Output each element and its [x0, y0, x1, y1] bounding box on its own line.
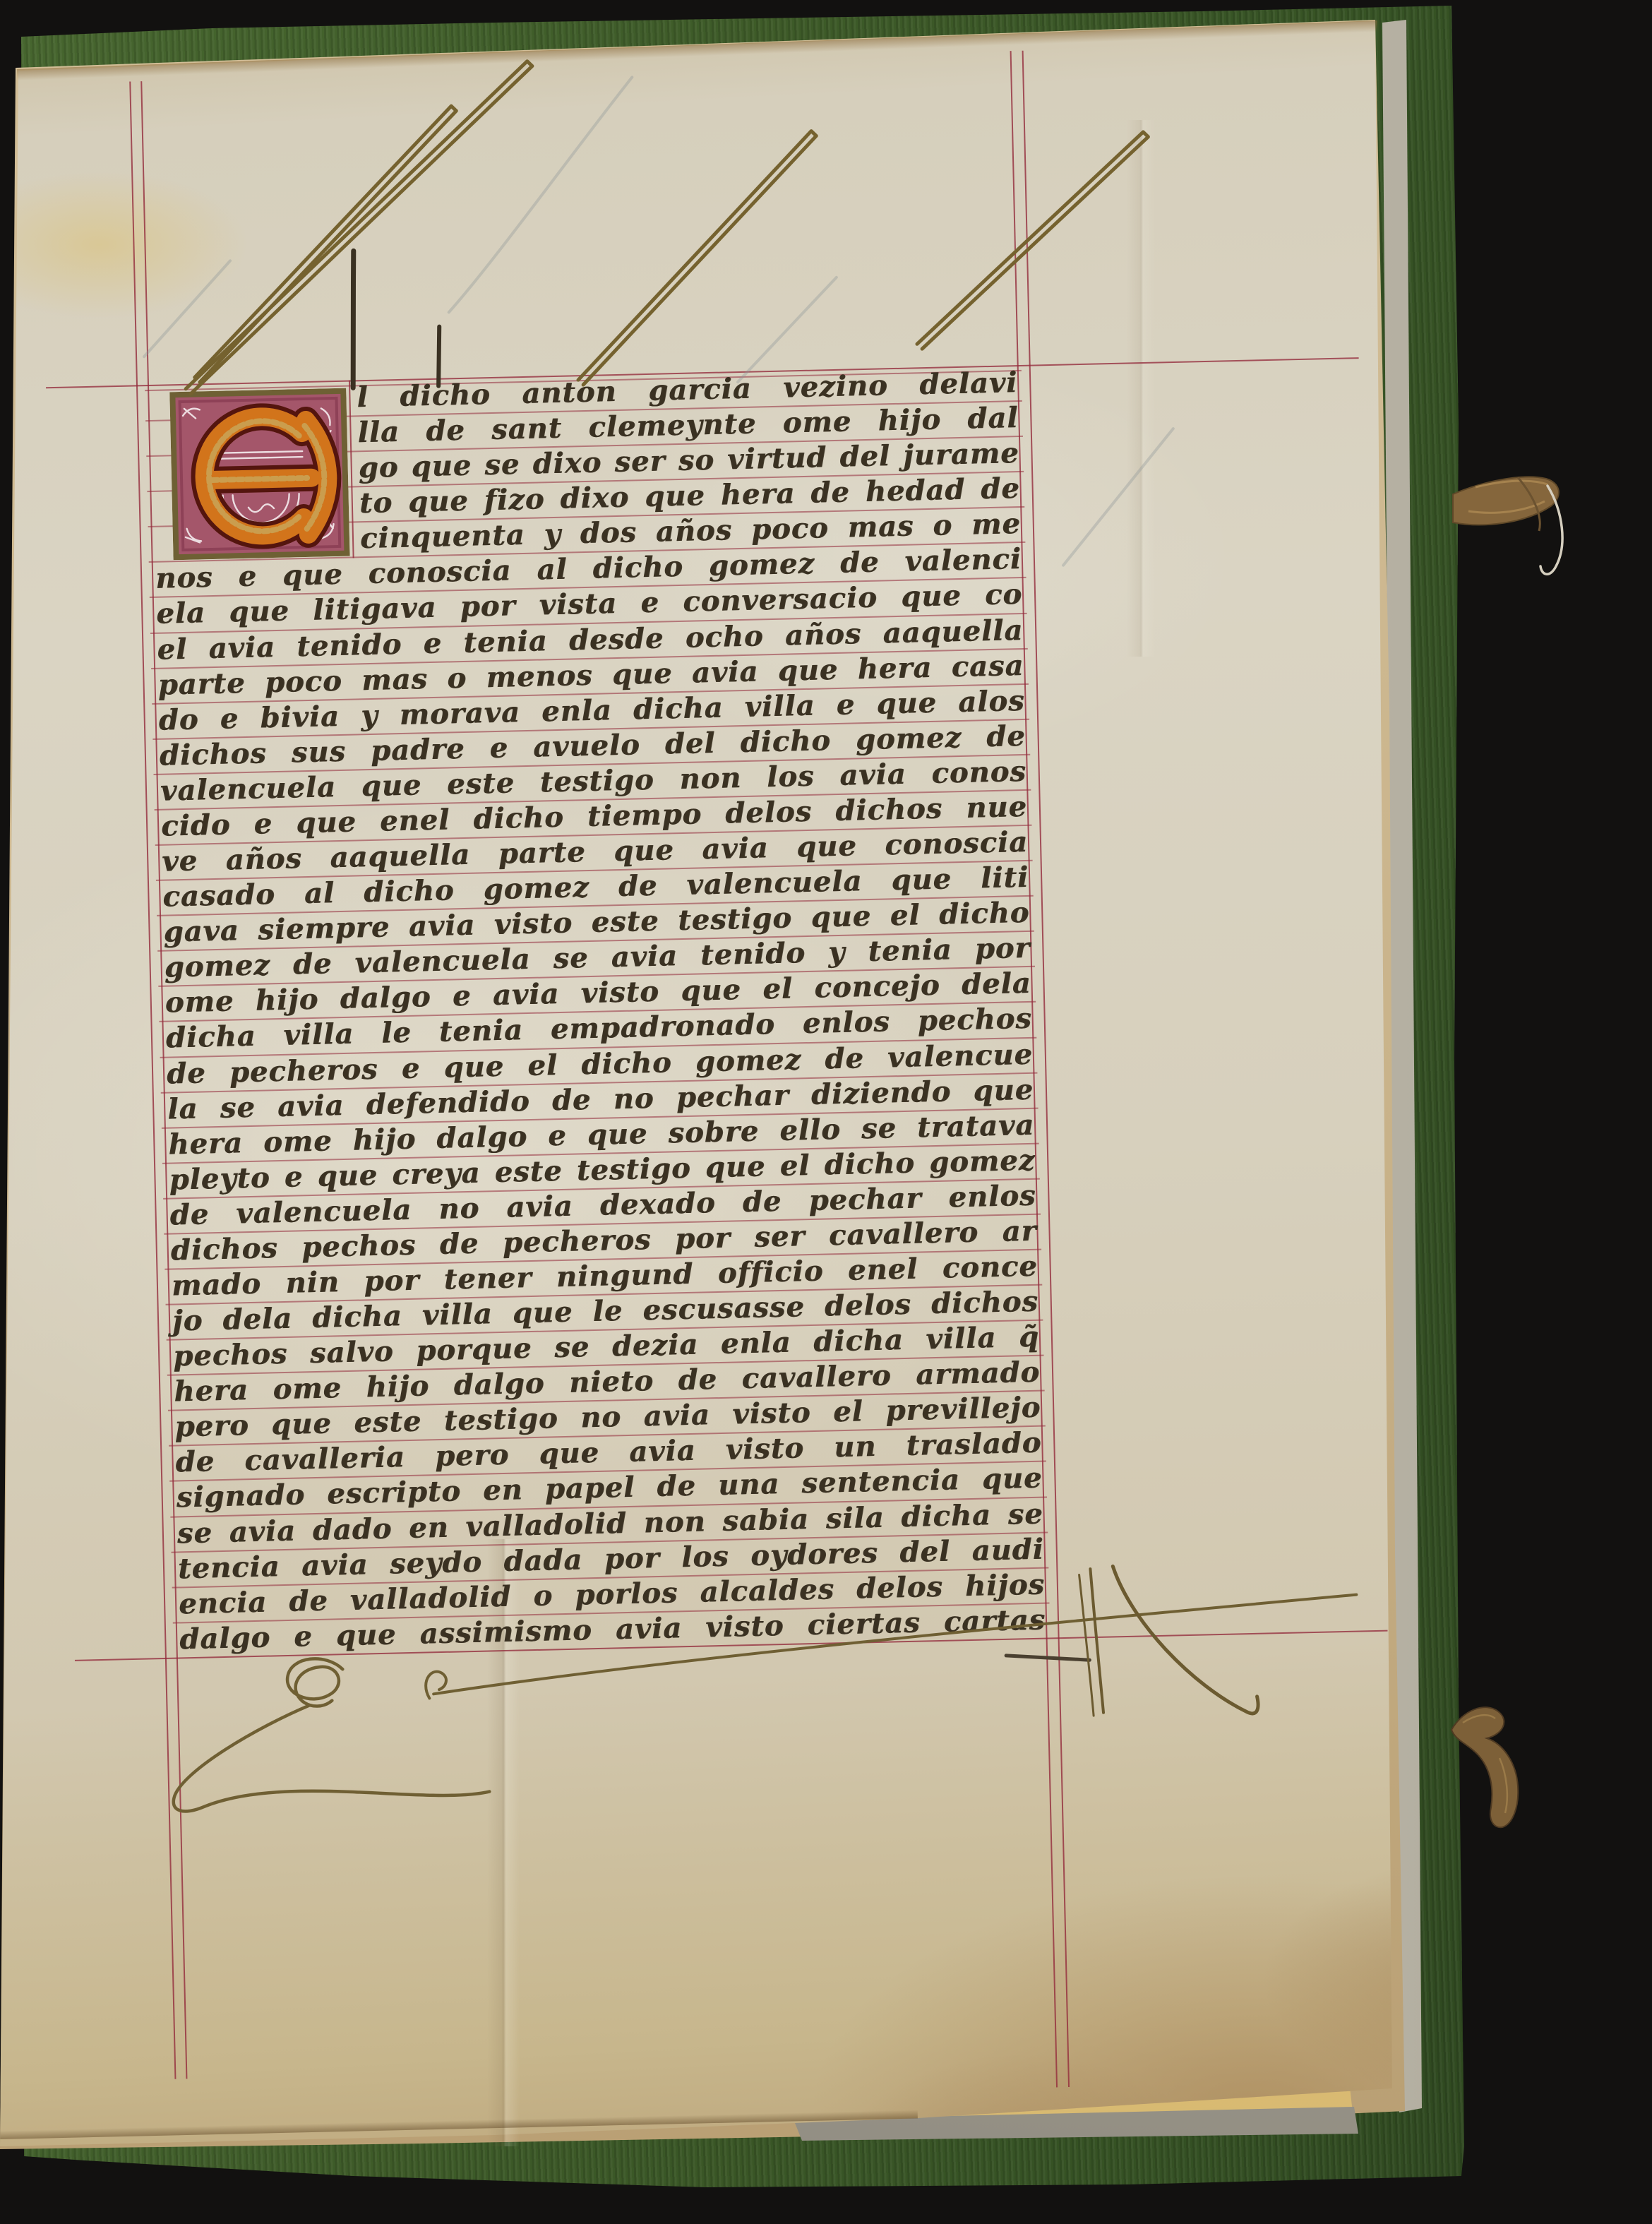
cover-tie-top — [1453, 477, 1562, 574]
manuscript-photo: { "page": { "description_label": "parchm… — [0, 0, 1652, 2224]
cover-ties — [0, 0, 1652, 2224]
cover-tie-bottom — [1452, 1707, 1518, 1827]
